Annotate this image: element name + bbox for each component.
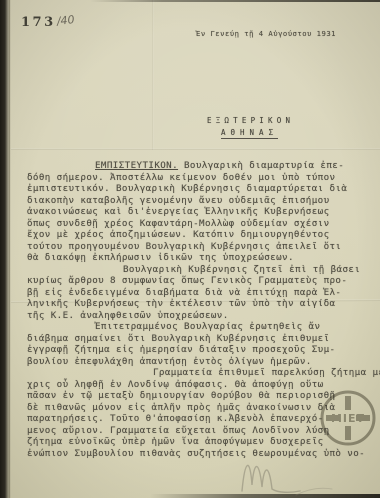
body-line: ἔχον μὲ χρέος ἀποζημιώσεων. Κατόπιν δημι… (27, 229, 375, 241)
archive-number: 173/40 (21, 11, 74, 30)
body-line: κυρίως ἄρθρου 8 συμφωνίας ὅπως Γενικὸς Γ… (27, 275, 375, 287)
body-line: Ἐπιτετραμμένος Βουλγαρίας ἐρωτηθεὶς ἄν (27, 321, 375, 333)
body-line: βῇ εἰς ἐνδεδειγμένα διαβήματα διὰ νὰ ἐπι… (27, 287, 375, 299)
body-line: διακοπὴν καταβολῆς γενομένην ἄνευ οὐδεμι… (27, 195, 375, 207)
body-line: ΕΜΠΙΣΤΕΥΤΙΚΟΝ. Βουλγαρικὴ διαμαρτυρία ἐπ… (27, 160, 375, 172)
document-scan: 173/40 Ἐν Γενεύῃ τῇ 4 Αὐγούστου 1931 ΕΞΩ… (0, 0, 380, 498)
recipient-city: ΑΘΗΝΑΣ (221, 128, 278, 139)
body-line: διάβημα σημαίνει ὅτι Βουλγαρικὴ Κυβέρνησ… (27, 333, 375, 345)
fold-crease (152, 0, 154, 150)
body-paragraph: Βουλγαρικὴ Κυβέρνησις ζητεῖ ἐπὶ τῇ βάσει… (27, 264, 375, 322)
recipient-ministry: ΕΞΩΤΕΡΙΚΟΝ (207, 116, 294, 125)
body-line: θὰ διακόψῃ ἐκπλήρωσιν ἰδικῶν της ὑποχρεώ… (27, 252, 375, 264)
body-line: βουλίου ἐπεφυλάχθη ἀπαντήσῃ ἐντὸς ὀλίγων… (27, 356, 375, 368)
confidential-label: ΕΜΠΙΣΤΕΥΤΙΚΟΝ. (95, 160, 178, 171)
archive-number-stamped: 173 (21, 15, 56, 30)
pencil-mark (238, 453, 338, 497)
archive-stamp: ΜΙΕΤ (319, 389, 377, 447)
archive-number-handwritten: /40 (56, 13, 75, 28)
dateline: Ἐν Γενεύῃ τῇ 4 Αὐγούστου 1931 (196, 29, 336, 38)
svg-text:ΜΙΕΤ: ΜΙΕΤ (331, 412, 365, 425)
miet-stamp-icon: ΜΙΕΤ (319, 389, 377, 447)
body-line: Γραμματεία ἐπιθυμεῖ παρελκύσῃ ζήτημα μέ- (27, 367, 375, 379)
body-line: τούτου προηγουμένου Βουλγαρικὴ Κυβέρνησι… (27, 241, 375, 253)
fold-crease (11, 148, 380, 150)
body-line: ληνικῆς Κυβερνήσεως τὴν ἐκτέλεσιν τῶν ὑπ… (27, 298, 375, 310)
body-paragraph: Ἐπιτετραμμένος Βουλγαρίας ἐρωτηθεὶς ἄνδι… (27, 321, 375, 367)
body-line: δόθη σήμερον. Ἀποστέλλω κείμενον δοθέν μ… (27, 172, 375, 184)
body-line: ἐγγραφῇ ζήτημα εἰς ἡμερησίαν διάταξιν πρ… (27, 344, 375, 356)
body-line: Βουλγαρικὴ Κυβέρνησις ζητεῖ ἐπὶ τῇ βάσει (27, 264, 375, 276)
page-edge-shadow (90, 0, 380, 2)
body-paragraph: ΕΜΠΙΣΤΕΥΤΙΚΟΝ. Βουλγαρικὴ διαμαρτυρία ἐπ… (27, 160, 375, 264)
body-line: ἀνακοινώσεως καὶ δι'ἐνεργείας Ἑλληνικῆς … (27, 206, 375, 218)
body-line: τῆς Κ.Ε. ἀναληφθεισῶν ὑποχρεώσεων. (27, 310, 375, 322)
body-line: ἐμπιστευτικόν. Βουλγαρικὴ Κυβέρνησις δια… (27, 183, 375, 195)
page-edge-line (9, 0, 10, 498)
body-line: ὅπως συνδεθῇ χρέος Καφαντάρη-Μολλὼφ οὐδε… (27, 218, 375, 230)
